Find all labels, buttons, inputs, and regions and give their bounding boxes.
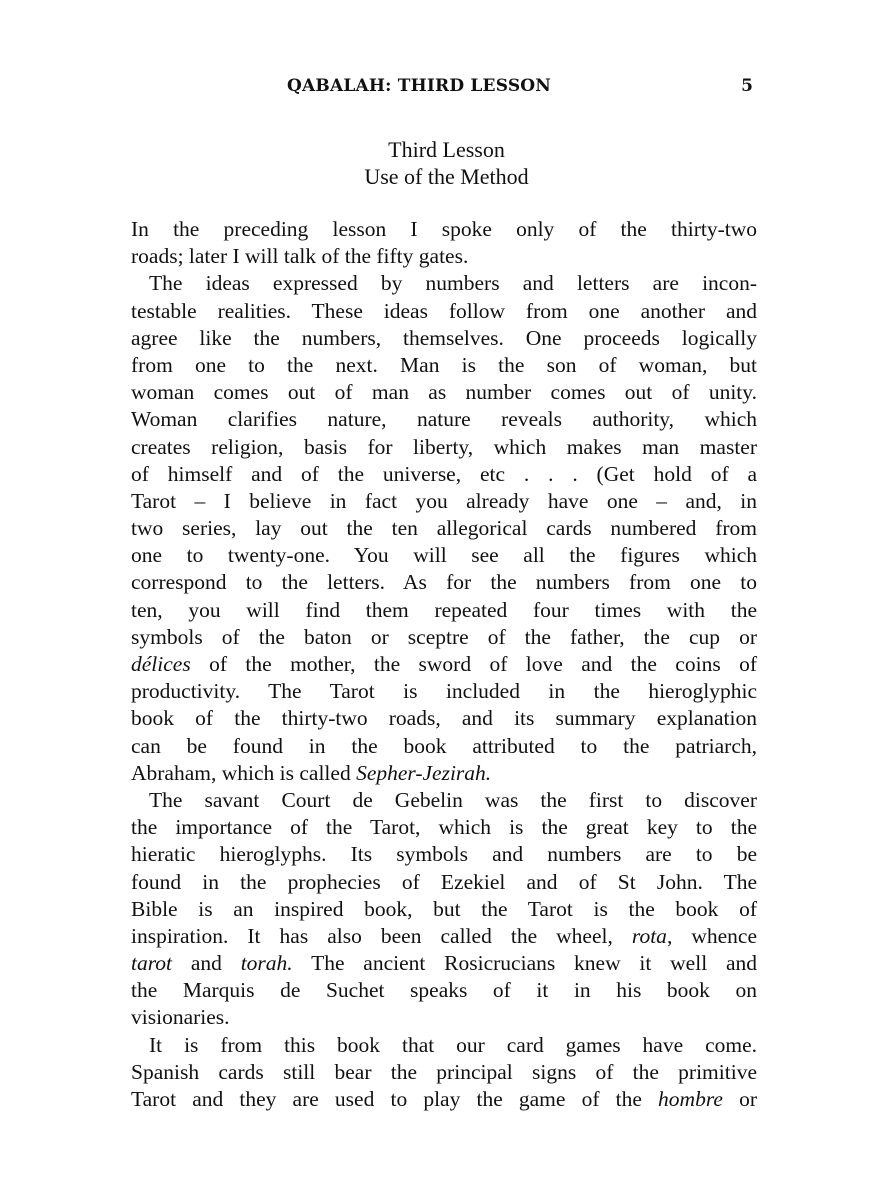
text-line: Bible is an inspired book, but the Tarot… [131, 896, 757, 923]
text-line: from one to the next. Man is the son of … [131, 352, 757, 379]
text-run: Abraham, which is called [131, 761, 356, 785]
text-line: correspond to the letters. As for the nu… [131, 569, 757, 596]
paragraph: In the preceding lesson I spoke only of … [131, 216, 757, 270]
text-line: productivity. The Tarot is included in t… [131, 678, 757, 705]
text-line: Tarot – I believe in fact you already ha… [131, 488, 757, 515]
text-line: testable realities. These ideas follow f… [131, 298, 757, 325]
text-line: hieratic hieroglyphs. Its symbols and nu… [131, 841, 757, 868]
text-run: inspiration. It has also been called the… [131, 924, 632, 948]
paragraph: It is from this book that our card games… [131, 1032, 757, 1114]
text-run: of the mother, the sword of love and the… [191, 652, 757, 676]
paragraph: The savant Court de Gebelin was the firs… [131, 787, 757, 1032]
italic-text: tarot [131, 951, 172, 975]
body-text: In the preceding lesson I spoke only of … [131, 216, 757, 1113]
chapter-title: Third Lesson [0, 136, 893, 163]
text-line: The savant Court de Gebelin was the firs… [131, 787, 757, 814]
chapter-heading: Third Lesson Use of the Method [0, 136, 893, 190]
text-line: ten, you will find them repeated four ti… [131, 597, 757, 624]
text-line: The ideas expressed by numbers and lette… [131, 270, 757, 297]
text-line: délices of the mother, the sword of love… [131, 651, 757, 678]
chapter-subtitle: Use of the Method [0, 163, 893, 190]
text-run: Tarot and they are used to play the game… [131, 1087, 658, 1111]
running-head: QABALAH: THIRD LESSON 5 [287, 76, 757, 102]
text-line: found in the prophecies of Ezekiel and o… [131, 869, 757, 896]
text-line: two series, lay out the ten allegorical … [131, 515, 757, 542]
italic-text: hombre [658, 1087, 723, 1111]
italic-text: rota [632, 924, 667, 948]
text-line: inspiration. It has also been called the… [131, 923, 757, 950]
text-line: Spanish cards still bear the principal s… [131, 1059, 757, 1086]
paragraph: The ideas expressed by numbers and lette… [131, 270, 757, 787]
text-line: Abraham, which is called Sepher-Jezirah. [131, 760, 757, 787]
italic-text: Sepher-Jezirah. [356, 761, 491, 785]
text-line: book of the thirty-two roads, and its su… [131, 705, 757, 732]
text-run: or [723, 1087, 757, 1111]
text-run: , whence [667, 924, 757, 948]
text-line: one to twenty-one. You will see all the … [131, 542, 757, 569]
italic-text: torah. [241, 951, 293, 975]
text-run: and [172, 951, 241, 975]
text-line: visionaries. [131, 1004, 757, 1031]
text-line: of himself and of the universe, etc . . … [131, 461, 757, 488]
page-number: 5 [741, 76, 753, 96]
text-line: can be found in the book attributed to t… [131, 733, 757, 760]
text-line: tarot and torah. The ancient Rosicrucian… [131, 950, 757, 977]
text-line: woman comes out of man as number comes o… [131, 379, 757, 406]
text-line: Woman clarifies nature, nature reveals a… [131, 406, 757, 433]
text-line: roads; later I will talk of the fifty ga… [131, 243, 757, 270]
text-line: symbols of the baton or sceptre of the f… [131, 624, 757, 651]
text-line: the Marquis de Suchet speaks of it in hi… [131, 977, 757, 1004]
text-line: agree like the numbers, themselves. One … [131, 325, 757, 352]
text-line: In the preceding lesson I spoke only of … [131, 216, 757, 243]
text-line: creates religion, basis for liberty, whi… [131, 434, 757, 461]
text-run: The ancient Rosicrucians knew it well an… [293, 951, 757, 975]
text-line: the importance of the Tarot, which is th… [131, 814, 757, 841]
text-line: Tarot and they are used to play the game… [131, 1086, 757, 1113]
running-title: QABALAH: THIRD LESSON [287, 76, 551, 96]
italic-text: délices [131, 652, 191, 676]
text-line: It is from this book that our card games… [131, 1032, 757, 1059]
